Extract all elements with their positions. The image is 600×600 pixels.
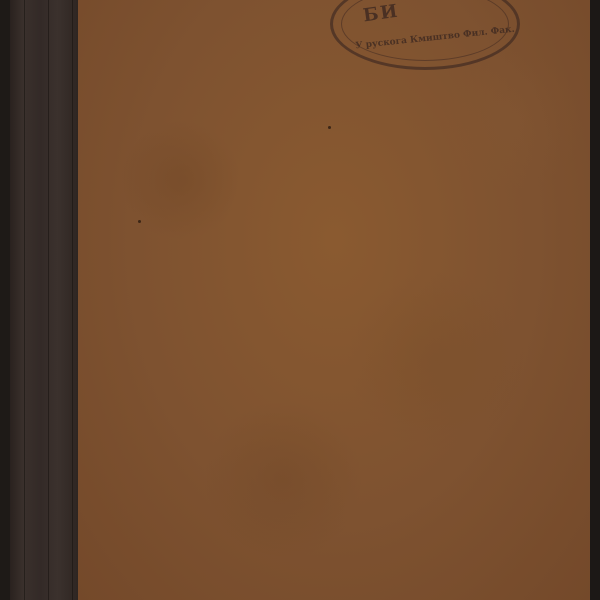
cover-board (78, 0, 590, 600)
speck (138, 220, 141, 223)
spine-ridge (48, 0, 49, 600)
spine-ridge (24, 0, 25, 600)
left-edge (0, 0, 10, 600)
book-spine (10, 0, 78, 600)
book-cover: БИ У рускога Кмиштво Фил. Фак. (0, 0, 600, 600)
spine-ridge (72, 0, 73, 600)
speck (328, 126, 331, 129)
board-texture (78, 0, 590, 600)
right-edge (590, 0, 600, 600)
